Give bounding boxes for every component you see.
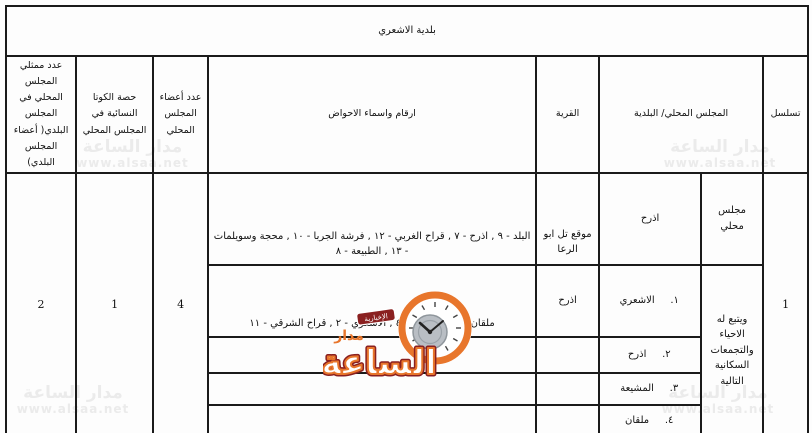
header-council: المجلس المحلي/ البلدية: [599, 56, 763, 173]
header-serial: تسلسل: [763, 56, 808, 173]
cell-village-empty: [536, 373, 599, 405]
logo-brand-main: الساعة: [323, 343, 437, 383]
header-village: القرية: [536, 56, 599, 173]
locality-number: ١.: [669, 293, 681, 309]
locality-number: ٤.: [663, 413, 675, 429]
cell-council-name: اذرح: [599, 173, 701, 265]
document-title: بلدية الاشعري: [6, 6, 808, 56]
cell-locality-4: ٤. ملقان: [599, 405, 701, 433]
cell-basins-1: البلد - ٩ , اذرح - ٧ , قراح الغربي - ١٢ …: [208, 173, 536, 265]
cell-village-empty: [536, 405, 599, 433]
cell-reps: 2: [6, 173, 76, 433]
locality-number: ٣.: [668, 381, 680, 397]
cell-members: 4: [153, 173, 208, 433]
header-quota: حصة الكوتا النسائية في المجلس المحلي: [76, 56, 153, 173]
alsaa-clock-logo: الإخبارية مدار الساعة الساعة: [323, 290, 483, 390]
cell-basins-empty: [208, 405, 536, 433]
cell-serial: 1: [763, 173, 808, 433]
cell-council-type: مجلس محلي: [701, 173, 763, 265]
locality-name: ملقان: [625, 413, 649, 429]
cell-village-2: اذرح: [536, 265, 599, 337]
logo-brand-top: مدار: [333, 328, 364, 344]
cell-locality-1: ١. الاشعري: [599, 265, 701, 337]
cell-follows-note: ويتبع له الاحياء والتجمعات السكانية التا…: [701, 265, 763, 433]
cell-village-1: موقع تل ابو الرعا: [536, 173, 599, 265]
locality-number: ٢.: [660, 347, 672, 363]
cell-locality-3: ٣. المشيعة: [599, 373, 701, 405]
locality-name: اذرح: [628, 347, 647, 363]
cell-village-empty: [536, 337, 599, 373]
clock-icon: الإخبارية مدار الساعة الساعة: [323, 290, 483, 390]
header-reps: عدد ممثلي المجلس المحلي في المجلس البلدي…: [6, 56, 76, 173]
header-members: عدد أعضاء المجلس المحلي: [153, 56, 208, 173]
cell-locality-2: ٢. اذرح: [599, 337, 701, 373]
cell-quota: 1: [76, 173, 153, 433]
locality-name: المشيعة: [620, 381, 654, 397]
locality-name: الاشعري: [620, 293, 655, 309]
header-basins: ارقام واسماء الاحواض: [208, 56, 536, 173]
